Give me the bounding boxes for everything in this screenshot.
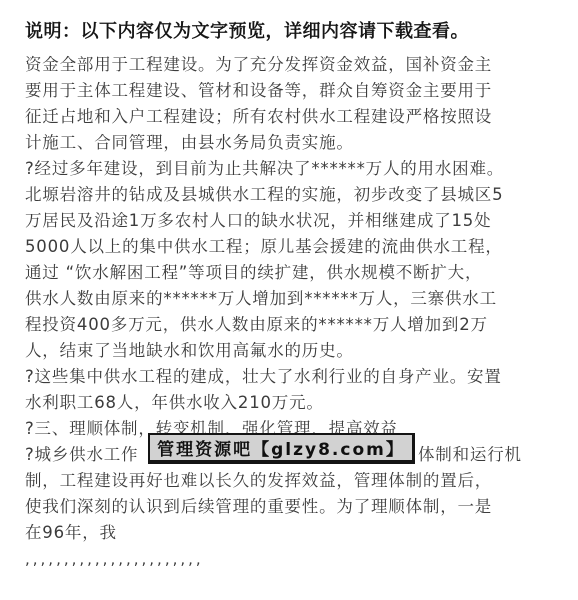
ellipsis-line: ,,,,,,,,,,,,,,,,,,,,,,, [25,546,565,572]
text-line: ?经过多年建设，到目前为止共解决了******万人的用水困难。 [25,156,565,182]
text-line: 5000人以上的集中供水工程；原儿基会援建的流曲供水工程， [25,234,565,260]
text-line: 使我们深刻的认识到后续管理的重要性。为了理顺体制，一是 [25,494,565,520]
text-line: 在96年，我 [25,520,565,546]
text-line: 计施工、合同管理，由县水务局负责实施。 [25,130,565,156]
text-line: 制，工程建设再好也难以长久的发挥效益，管理体制的置后， [25,468,565,494]
text-line: 水利职工68人，年供水收入210万元。 [25,390,565,416]
text-line: 征迁占地和入户工程建设；所有农村供水工程建设严格按照设 [25,104,565,130]
text-line: 人，结束了当地缺水和饮用高氟水的历史。 [25,338,565,364]
preview-notice: 说明：以下内容仅为文字预览，详细内容请下载查看。 [25,17,469,43]
text-line: ?这些集中供水工程的建成，壮大了水利行业的自身产业。安置 [25,364,565,390]
document-body: 资金全部用于工程建设。为了充分发挥资金效益，国补资金主 要用于主体工程建设、管材… [25,52,565,572]
text-line: 资金全部用于工程建设。为了充分发挥资金效益，国补资金主 [25,52,565,78]
text-line: 供水人数由原来的******万人增加到******万人，三寨供水工 [25,286,565,312]
text-line: 程投资400多万元，供水人数由原来的******万人增加到2万 [25,312,565,338]
text-line: 通过 “饮水解困工程”等项目的续扩建，供水规模不断扩大， [25,260,565,286]
document-lines-top: 资金全部用于工程建设。为了充分发挥资金效益，国补资金主 要用于主体工程建设、管材… [25,52,565,442]
text-line: 万居民及沿途1万多农村人口的缺水状况，并相继建成了15处 [25,208,565,234]
text-line: 要用于主体工程建设、管材和设备等，群众自筹资金主要用于 [25,78,565,104]
watermark-box: 管理资源吧【glzy8.com】 [148,433,415,464]
preview-page: 说明：以下内容仅为文字预览，详细内容请下载查看。 资金全部用于工程建设。为了充分… [0,0,578,600]
document-lines-bottom: 制，工程建设再好也难以长久的发挥效益，管理体制的置后， 使我们深刻的认识到后续管… [25,468,565,546]
split-line-left: ?城乡供水工作 [25,445,138,464]
text-line: 北塬岩溶井的钻成及县城供水工程的实施，初步改变了县城区5 [25,182,565,208]
split-line-right: 体制和运行机 [418,442,522,468]
watermark-label: 管理资源吧【glzy8.com】 [157,435,405,460]
